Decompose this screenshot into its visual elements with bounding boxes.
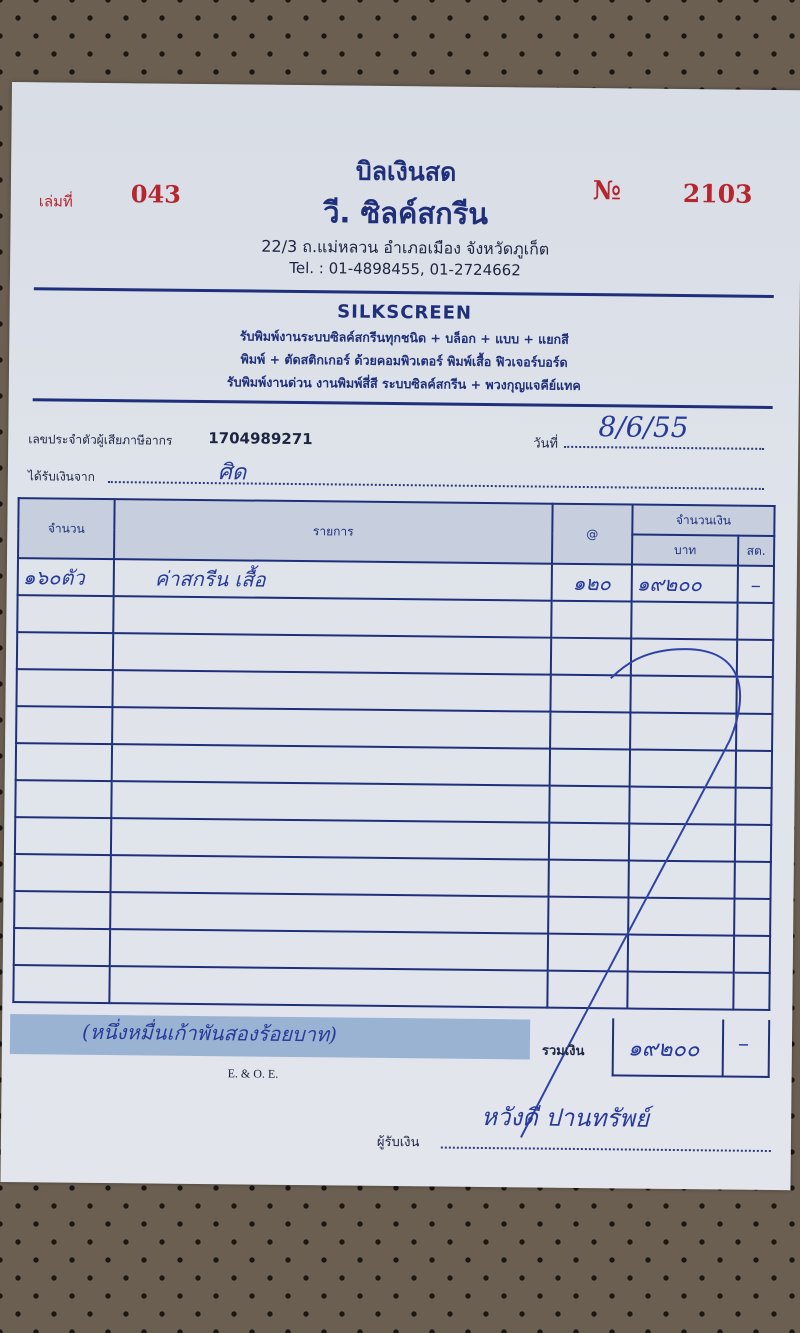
received-from-line (108, 481, 764, 490)
header-amount: จำนวนเงิน (632, 505, 774, 536)
header-description: รายการ (114, 499, 553, 564)
divider (34, 287, 774, 298)
date-line (564, 446, 764, 450)
total-baht: ๑๙๒๐๐ (628, 1031, 700, 1067)
total-divider (722, 1019, 725, 1075)
tax-id-label: เลขประจำตัวผู้เสียภาษีอากร (28, 430, 172, 451)
total-box: ๑๙๒๐๐ – (612, 1018, 771, 1078)
row-quantity: ๑๖๐ตัว (18, 558, 114, 596)
cash-receipt: เล่มที่ 043 บิลเงินสด วี. ซิลค์สกรีน № 2… (0, 82, 800, 1190)
header-unit-price: @ (552, 504, 633, 565)
receiver-label: ผู้รับเงิน (377, 1131, 420, 1152)
amount-in-words: (หนึ่งหมื่นเก้าพันสองร้อยบาท) (82, 1016, 337, 1051)
row-description: ค่าสกรีน เสื้อ (114, 559, 552, 601)
receipt-number: 2103 (683, 179, 753, 209)
eoe-note: E. & O. E. (228, 1066, 279, 1082)
date-value: 8/6/55 (598, 410, 688, 444)
received-from-label: ได้รับเงินจาก (28, 467, 95, 487)
row-satang: – (738, 566, 774, 603)
tax-id: 1704989271 (208, 429, 313, 448)
receiver-signature: หวังดี ปานทรัพย์ (481, 1097, 649, 1138)
number-label: № (593, 176, 622, 206)
company-name: วี. ซิลค์สกรีน (10, 186, 800, 240)
divider (33, 398, 773, 409)
row-unit-price: ๑๒๐ (552, 564, 632, 602)
service-line: รับพิมพ์งานด่วน งานพิมพ์สี่สี ระบบซิลค์ส… (9, 370, 799, 398)
total-satang: – (738, 1032, 749, 1057)
row-baht: ๑๙๒๐๐ (632, 565, 738, 603)
header-baht: บาท (632, 535, 738, 566)
header-satang: สต. (738, 536, 774, 566)
header-quantity: จำนวน (18, 498, 115, 559)
brand-name: SILKSCREEN (10, 298, 800, 327)
total-label: รวมเงิน (542, 1040, 585, 1061)
date-label: วันที่ (533, 432, 558, 453)
received-from-value: ศิด (218, 454, 247, 489)
